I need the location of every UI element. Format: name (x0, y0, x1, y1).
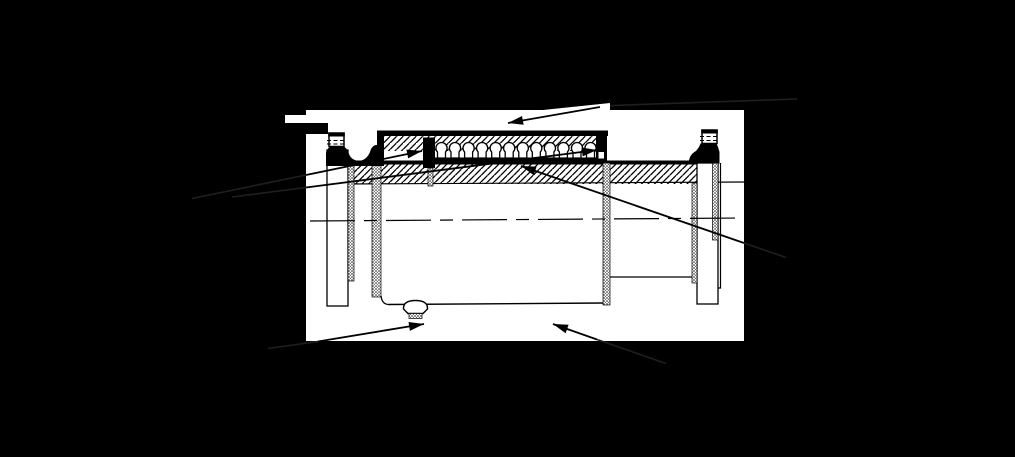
pipe-wall-hatched-section (345, 161, 744, 185)
panel-edge-sliver (285, 115, 306, 123)
mask-remnant (306, 123, 328, 134)
right-flange-bolt (700, 130, 719, 144)
housing-end-plate (603, 163, 610, 305)
diagram-canvas (0, 0, 1015, 457)
left-flange-bolt (327, 133, 346, 147)
right-flange (688, 130, 721, 305)
page (0, 0, 1015, 457)
